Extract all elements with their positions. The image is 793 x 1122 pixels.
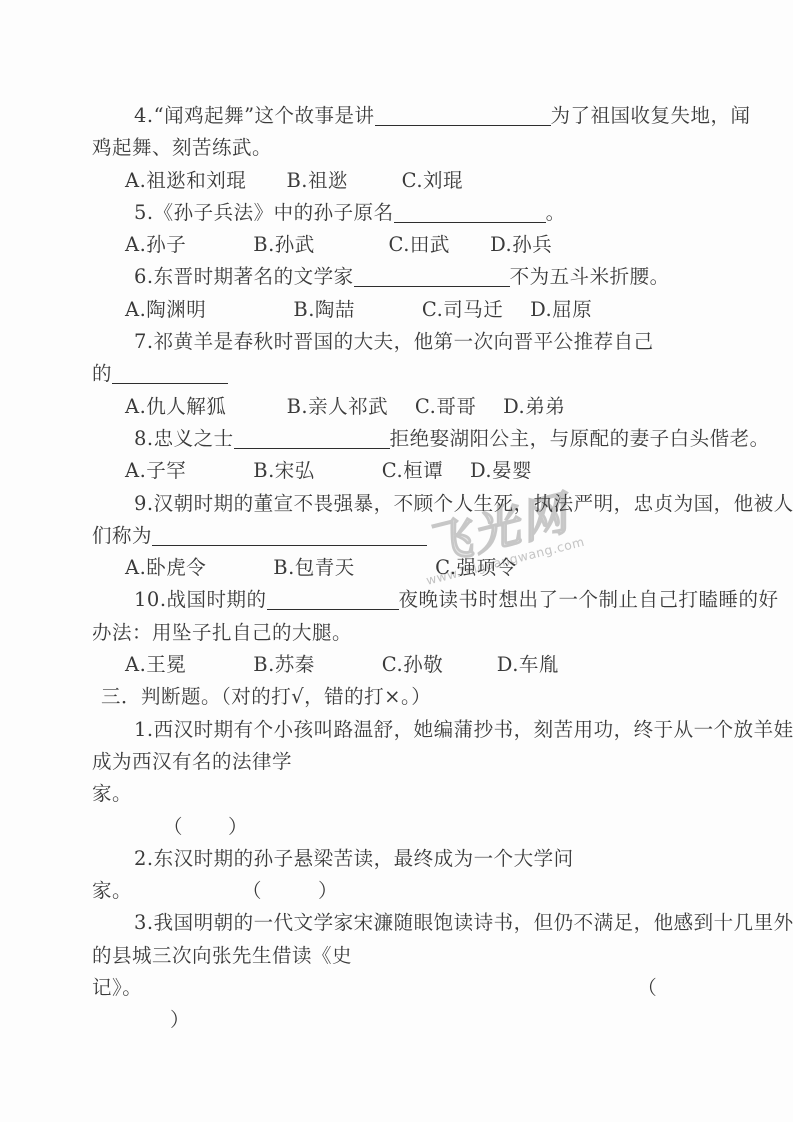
text-segment: 成为西汉有名的法律学 — [92, 750, 292, 773]
answer-blank[interactable] — [267, 590, 399, 611]
text-segment: A.卧虎令 B.包青天 C.强项令 — [125, 556, 517, 579]
text-segment: 。 — [546, 201, 566, 224]
question-10-line-2: 办法：用坠子扎自己的大腿。 — [92, 617, 772, 649]
question-7-line-2: 的 — [92, 358, 772, 390]
answer-paren[interactable]: ） — [228, 815, 248, 838]
answer-paren[interactable]: （ — [637, 976, 657, 999]
question-10-line-1: 10.战国时期的夜晚读书时想出了一个制止自己打瞌睡的好 — [92, 584, 772, 616]
text-segment: 8.忠义之士 — [134, 427, 234, 450]
question-9-line-1: 9.汉朝时期的董宣不畏强暴，不顾个人生死，执法严明，忠贞为国，他被人 — [92, 488, 772, 520]
text-segment: 为了祖国收复失地，闻 — [551, 104, 751, 127]
answer-blank[interactable] — [394, 202, 546, 223]
judge-1-line-2: 成为西汉有名的法律学 — [92, 746, 772, 778]
judge-2-line-2: 家。（） — [92, 875, 772, 907]
question-8-line-1: 8.忠义之士拒绝娶湖阳公主，与原配的妻子白头偕老。 — [92, 423, 772, 455]
question-8-options: A.子罕 B.宋弘 C.桓谭 D.晏婴 — [92, 455, 772, 487]
text-segment: 拒绝娶湖阳公主，与原配的妻子白头偕老。 — [390, 427, 770, 450]
question-7-line-1: 7.祁黄羊是春秋时晋国的大夫，他第一次向晋平公推荐自己 — [92, 326, 772, 358]
question-6-line-1: 6.东晋时期著名的文学家不为五斗米折腰。 — [92, 261, 772, 293]
text-segment: A.仇人解狐 B.亲人祁武 C.哥哥 D.弟弟 — [125, 395, 565, 418]
question-4-options: A.祖逖和刘琨 B.祖逖 C.刘琨 — [92, 165, 772, 197]
question-4-line-1: 4.“闻鸡起舞”这个故事是讲为了祖国收复失地，闻 — [92, 100, 772, 132]
judge-3-line-3: 记》。（ — [92, 972, 772, 1004]
answer-blank[interactable] — [112, 364, 228, 385]
judge-3-line-4: ） — [92, 1004, 772, 1036]
judge-3-line-1: 3.我国明朝的一代文学家宋濂随眼饱读诗书，但仍不满足，他感到十几里外 — [92, 907, 772, 939]
question-6-options: A.陶渊明 B.陶喆 C.司马迁 D.屈原 — [92, 294, 772, 326]
text-segment: A.祖逖和刘琨 B.祖逖 C.刘琨 — [125, 169, 463, 192]
judge-1-line-1: 1.西汉时期有个小孩叫路温舒，她编蒲抄书，刻苦用功，终于从一个放羊娃 — [92, 714, 772, 746]
text-segment: 3.我国明朝的一代文学家宋濂随眼饱读诗书，但仍不满足，他感到十几里外 — [134, 911, 793, 934]
judge-1-line-3: 家。 — [92, 778, 772, 810]
answer-blank[interactable] — [234, 428, 390, 449]
text-segment: 家。 — [92, 782, 132, 805]
text-segment: 1.西汉时期有个小孩叫路温舒，她编蒲抄书，刻苦用功，终于从一个放羊娃 — [134, 718, 793, 741]
text-segment: 办法：用坠子扎自己的大腿。 — [92, 621, 352, 644]
text-segment: A.孙子 B.孙武 C.田武 D.孙兵 — [125, 233, 552, 256]
question-7-options: A.仇人解狐 B.亲人祁武 C.哥哥 D.弟弟 — [92, 391, 772, 423]
text-segment: 的县城三次向张先生借读《史 — [92, 944, 352, 967]
text-segment: A.子罕 B.宋弘 C.桓谭 D.晏婴 — [125, 459, 532, 482]
answer-paren[interactable]: （ — [163, 815, 183, 838]
question-9-options: A.卧虎令 B.包青天 C.强项令 — [92, 552, 772, 584]
section-3-heading: 三．判断题。（对的打√，错的打×。） — [92, 681, 772, 713]
text-segment: 三．判断题。（对的打√，错的打×。） — [101, 685, 431, 708]
question-10-options: A.王冕 B.苏秦 C.孙敬 D.车胤 — [92, 649, 772, 681]
document-lines: 4.“闻鸡起舞”这个故事是讲为了祖国收复失地，闻鸡起舞、刻苦练武。A.祖逖和刘琨… — [92, 100, 772, 1037]
answer-paren[interactable]: （ — [242, 879, 262, 902]
text-segment: 6.东晋时期著名的文学家 — [134, 265, 354, 288]
judge-3-line-2: 的县城三次向张先生借读《史 — [92, 940, 772, 972]
text-segment: 2.东汉时期的孙子悬梁苦读，最终成为一个大学问 — [134, 847, 574, 870]
judge-1-answer: （） — [92, 811, 772, 843]
document-page: 飞光网 www.feiguangwang.com 4.“闻鸡起舞”这个故事是讲为… — [0, 0, 793, 1122]
answer-paren[interactable]: ） — [170, 1008, 190, 1031]
text-segment: A.陶渊明 B.陶喆 C.司马迁 D.屈原 — [125, 298, 592, 321]
text-segment: 7.祁黄羊是春秋时晋国的大夫，他第一次向晋平公推荐自己 — [134, 330, 654, 353]
text-segment: 们称为 — [92, 524, 152, 547]
question-9-line-2: 们称为 — [92, 520, 772, 552]
text-segment: 夜晚读书时想出了一个制止自己打瞌睡的好 — [399, 588, 779, 611]
text-segment: 5.《孙子兵法》中的孙子原名 — [134, 201, 394, 224]
judge-2-line-1: 2.东汉时期的孙子悬梁苦读，最终成为一个大学问 — [92, 843, 772, 875]
question-5-line-1: 5.《孙子兵法》中的孙子原名。 — [92, 197, 772, 229]
text-segment: 家。 — [92, 879, 132, 902]
answer-blank[interactable] — [152, 525, 427, 546]
text-segment: 记》。 — [92, 976, 142, 999]
question-4-line-2: 鸡起舞、刻苦练武。 — [92, 132, 772, 164]
text-segment: A.王冕 B.苏秦 C.孙敬 D.车胤 — [125, 653, 559, 676]
answer-paren[interactable]: ） — [318, 879, 338, 902]
text-segment: 10.战国时期的 — [134, 588, 267, 611]
text-segment: 不为五斗米折腰。 — [510, 265, 670, 288]
text-segment: 鸡起舞、刻苦练武。 — [92, 136, 272, 159]
question-5-options: A.孙子 B.孙武 C.田武 D.孙兵 — [92, 229, 772, 261]
text-segment: 的 — [92, 362, 112, 385]
text-segment: 4.“闻鸡起舞”这个故事是讲 — [134, 104, 375, 127]
answer-blank[interactable] — [375, 106, 551, 127]
answer-blank[interactable] — [354, 267, 510, 288]
text-segment: 9.汉朝时期的董宣不畏强暴，不顾个人生死，执法严明，忠贞为国，他被人 — [134, 492, 793, 515]
